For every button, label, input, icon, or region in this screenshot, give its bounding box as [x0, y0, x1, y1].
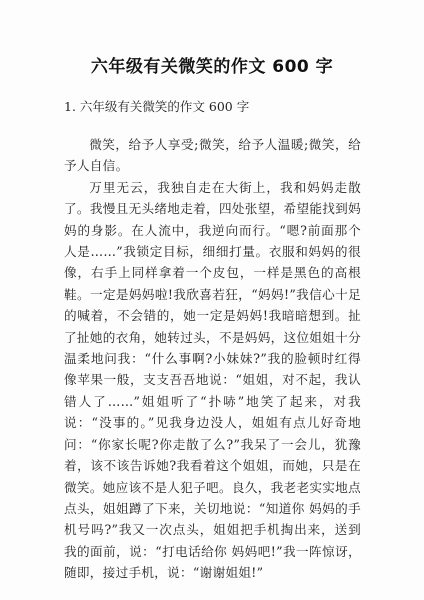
paragraph: 万里无云，我独自走在大街上，我和妈妈走散了。我慢且无头绪地走着，四处张望，希望能… [64, 177, 361, 584]
paragraph: 微笑，给予人享受;微笑，给予人温暖;微笑，给予人自信。 [64, 134, 361, 177]
document-title: 六年级有关微笑的作文 600 字 [0, 52, 424, 77]
section-heading: 1. 六年级有关微笑的作文 600 字 [64, 97, 249, 115]
essay-body: 微笑，给予人享受;微笑，给予人温暖;微笑，给予人自信。 万里无云，我独自走在大街… [64, 134, 361, 584]
document-page: 六年级有关微笑的作文 600 字 1. 六年级有关微笑的作文 600 字 微笑，… [0, 0, 424, 600]
